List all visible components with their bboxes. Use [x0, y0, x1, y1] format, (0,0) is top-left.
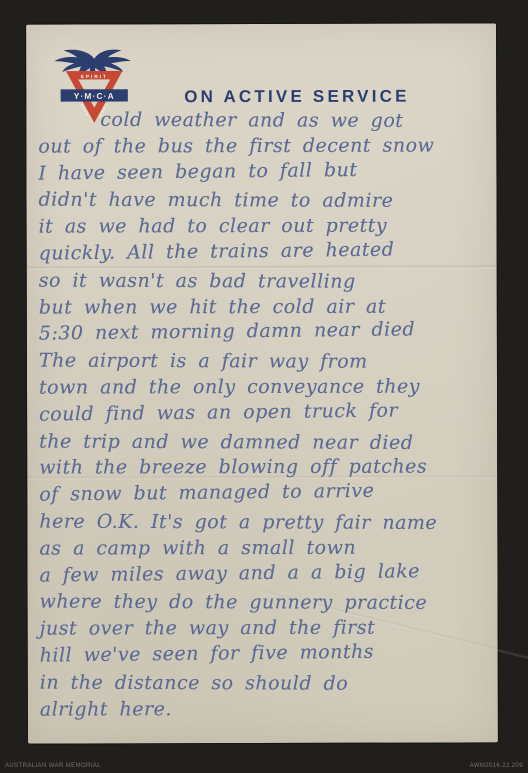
letter-line: could find was an open truck for	[39, 396, 489, 428]
photo-background: SPIRIT MIND BODY Y·M·C·A ON ACTIVE SERVI…	[0, 0, 528, 773]
letter-line: cold weather and as we got	[38, 107, 488, 135]
handwritten-text: cold weather and as we got out of the bu…	[38, 105, 490, 723]
letter-line: a few miles away and a a big lake	[39, 557, 489, 589]
letter-line: The airport is a fair way from	[39, 348, 489, 376]
letter-line: in the distance so should do	[40, 669, 490, 697]
letter-line: didn't have much time to admire	[38, 187, 488, 215]
letter-line: I have seen began to fall but	[38, 155, 488, 187]
letterhead-title: ON ACTIVE SERVICE	[184, 87, 409, 108]
letter-line: here O.K. It's got a pretty fair name	[39, 509, 489, 537]
letter-line: where they do the gunnery practice	[40, 589, 490, 617]
letter-line: alright here.	[40, 695, 490, 723]
archive-credit: AUSTRALIAN WAR MEMORIAL	[5, 763, 101, 769]
letter-page: SPIRIT MIND BODY Y·M·C·A ON ACTIVE SERVI…	[26, 23, 498, 743]
archive-accession-number: AWM2016.22.209	[470, 763, 523, 769]
letter-line: the trip and we damned near died	[39, 428, 489, 456]
letter-line: hill we've seen for five months	[40, 637, 490, 669]
letter-line: quickly. All the trains are heated	[39, 235, 489, 267]
letter-line: of snow but managed to arrive	[39, 477, 489, 509]
letter-line: 5:30 next morning damn near died	[39, 316, 489, 348]
letter-line: so it wasn't as bad travelling	[39, 267, 489, 295]
logo-word-spirit: SPIRIT	[80, 74, 107, 80]
logo-word-ymca: Y·M·C·A	[74, 91, 115, 101]
